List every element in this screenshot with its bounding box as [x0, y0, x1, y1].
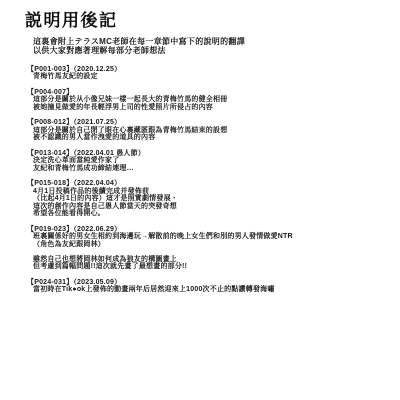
blank-line [27, 248, 380, 256]
section-p013-014: 【P013-014】（2022.04.01 愚人節） 決定洗心革面當純愛作家了 … [27, 150, 380, 173]
section-p019-023: 【P019-023】（2022.06.29） 班裏關係好的男女生相約到海邊玩→解… [27, 226, 380, 271]
section-header: 【P008-012】（2021.07.25） [27, 119, 380, 127]
section-p015-018: 【P015-018】（2022.04.04） 4月1日投稿作品的後續完成并發佈前… [27, 180, 380, 218]
section-header: 【P015-018】（2022.04.04） [27, 180, 380, 188]
section-line: 希望各位能看得開心。 [33, 210, 380, 218]
section-line: （角色為友紀跟岡林） [33, 241, 380, 249]
section-line: 當初時在Tik●ok上發佈的動畫兩年后居然迎來上1000次不止的點讚轉發海嘯 [33, 286, 380, 294]
section-line: 被不認識的男人當作洩愛的道具的內容 [33, 134, 380, 142]
section-p024-031: 【P024-031】（2023.05.09） 當初時在Tik●ok上發佈的動畫兩… [27, 279, 380, 294]
section-p001-003: 【P001-003】（2020.12.25） 青梅竹馬友紀的設定 [27, 66, 380, 81]
section-line: 班裏關係好的男女生相約到海邊玩→解散前的晚上女生們和別的男人發情做愛NTR [33, 233, 380, 241]
intro-line: 以供大家對應著理解每部分老師想法 [33, 46, 380, 56]
section-line: （比起4月1日的內容）這才是照實劇情發展・ [33, 195, 380, 203]
intro-line: 這裏會附上テラスMC老師在每一章節中寫下的說明的翻譯 [33, 37, 380, 47]
section-line: 但考慮到篇幅問題!!這次就先畫了最想畫的部分!! [33, 263, 380, 271]
section-line: 友紀和青梅竹馬成功締結連理… [33, 165, 380, 173]
document-page: 説明用後記 這裏會附上テラスMC老師在每一章節中寫下的說明的翻譯 以供大家對應著… [0, 0, 400, 400]
section-line: 青梅竹馬友紀的設定 [33, 73, 380, 81]
section-line: 被她撞見做愛的年長輕浮男上司的性愛照片所侵占的內容 [33, 104, 380, 112]
section-p004-007: 【P004-007】 這部分是關於从小像兄妹一樣一起長大的青梅竹馬的健全相冊 被… [27, 89, 380, 112]
section-p008-012: 【P008-012】（2021.07.25） 這部分是關於自己閉了眼在心裏藏匿跟… [27, 119, 380, 142]
section-line: 這部分是關於从小像兄妹一樣一起長大的青梅竹馬的健全相冊 [33, 96, 380, 104]
page-title: 説明用後記 [25, 12, 380, 31]
intro-paragraph: 這裏會附上テラスMC老師在每一章節中寫下的說明的翻譯 以供大家對應著理解每部分老… [33, 37, 380, 56]
section-line: 決定洗心革面當純愛作家了 [33, 157, 380, 165]
